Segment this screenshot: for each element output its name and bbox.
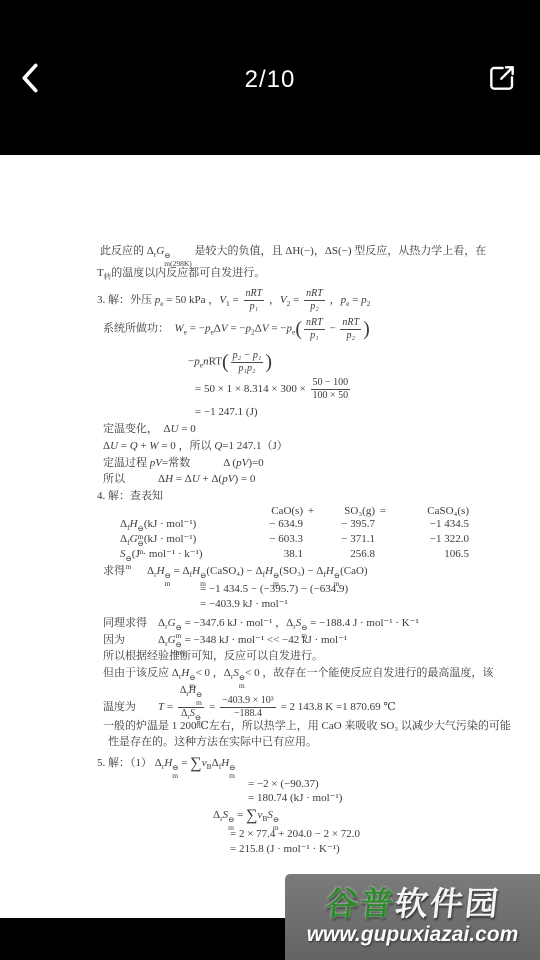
doc-table-cell: −1 322.0 [391,532,469,546]
doc-line: 一般的炉温是 1 200℃左右，所以热学上，用 CaO 来吸收 SO₃ 以减少大… [103,719,511,733]
doc-line: 3. 解：外压 pe = 50 kPa ，V1 = nRTp₁ ，V2 = nR… [97,288,370,313]
watermark-logo-white: 软件园 [393,885,502,922]
doc-table-cell: 106.5 [391,547,469,561]
doc-line: = 215.8 (J · mol⁻¹ · K⁻¹) [230,842,340,856]
doc-table-cell: − 395.7 [319,517,375,531]
doc-line: 定温过程 pV=常数 Δ (pV)=0 [103,456,264,470]
doc-line: 定温变化， ΔU = 0 [103,422,196,436]
doc-line: −penRT(p₂ − p₁p₁p₂) [188,349,272,375]
document-page[interactable]: 此反应的 ΔrG⊖m(298K) 是较大的负值，且 ΔH(−)，ΔS(−) 型反… [0,155,540,918]
doc-line: 此反应的 ΔrG⊖m(298K) 是较大的负值，且 ΔH(−)，ΔS(−) 型反… [100,244,486,268]
doc-line: = 180.74 (kJ · mol⁻¹) [248,791,342,805]
doc-table-cell: − 371.1 [319,532,375,546]
doc-line: = 2 × 77.4 + 204.0 − 2 × 72.0 [230,827,360,841]
doc-line: ΔU = Q + W = 0 ，所以 Q=1 247.1（J） [103,439,288,453]
doc-line: = −1 434.5 − (−395.7) − (−634.9) [200,582,348,596]
doc-line: 4. 解：查表知 [97,489,163,503]
doc-table-cell: 256.8 [319,547,375,561]
doc-line: = −2 × (−90.37) [248,777,319,791]
doc-line: 系统所做功： We = −peΔV = −p2ΔV = −pe(nRTp₁ − … [103,316,370,342]
doc-table-cell: 38.1 [235,547,303,561]
doc-line: 性是存在的。这种方法在实际中已有应用。 [108,735,317,749]
doc-line: 所以 ΔH = ΔU + Δ(pV) = 0 [103,472,255,486]
doc-table-cell: − 603.3 [235,532,303,546]
doc-table-cell: −1 434.5 [391,517,469,531]
page-indicator: 2/10 [0,66,540,94]
watermark-url: www.gupuxiazai.com [307,923,519,947]
doc-line: = 50 × 1 × 8.314 × 300 × 50 − 100100 × 5… [195,377,352,402]
watermark-logo: 谷普软件园 [323,887,502,922]
share-button[interactable] [486,62,522,98]
doc-line: = −403.9 kJ · mol⁻¹ [200,597,288,611]
doc-line: 5. 解：（1） ΔrH⊖m = ∑νBΔfH⊖m [97,754,235,780]
doc-line: T转的温度以内反应都可自发进行。 [97,266,265,282]
doc-table-cell: − 634.9 [235,517,303,531]
watermark: 谷普软件园 www.gupuxiazai.com [285,874,540,960]
watermark-logo-green: 谷普 [323,885,397,922]
app-screen: 2/10 此反应的 ΔrG⊖m(298K) 是较大的负值，且 ΔH(−)，ΔS(… [0,0,540,960]
doc-line: = −1 247.1 (J) [195,405,258,419]
doc-line: 所以根据经验推断可知，反应可以自发进行。 [103,649,323,663]
app-header: 2/10 [0,0,540,155]
share-icon [486,81,518,98]
